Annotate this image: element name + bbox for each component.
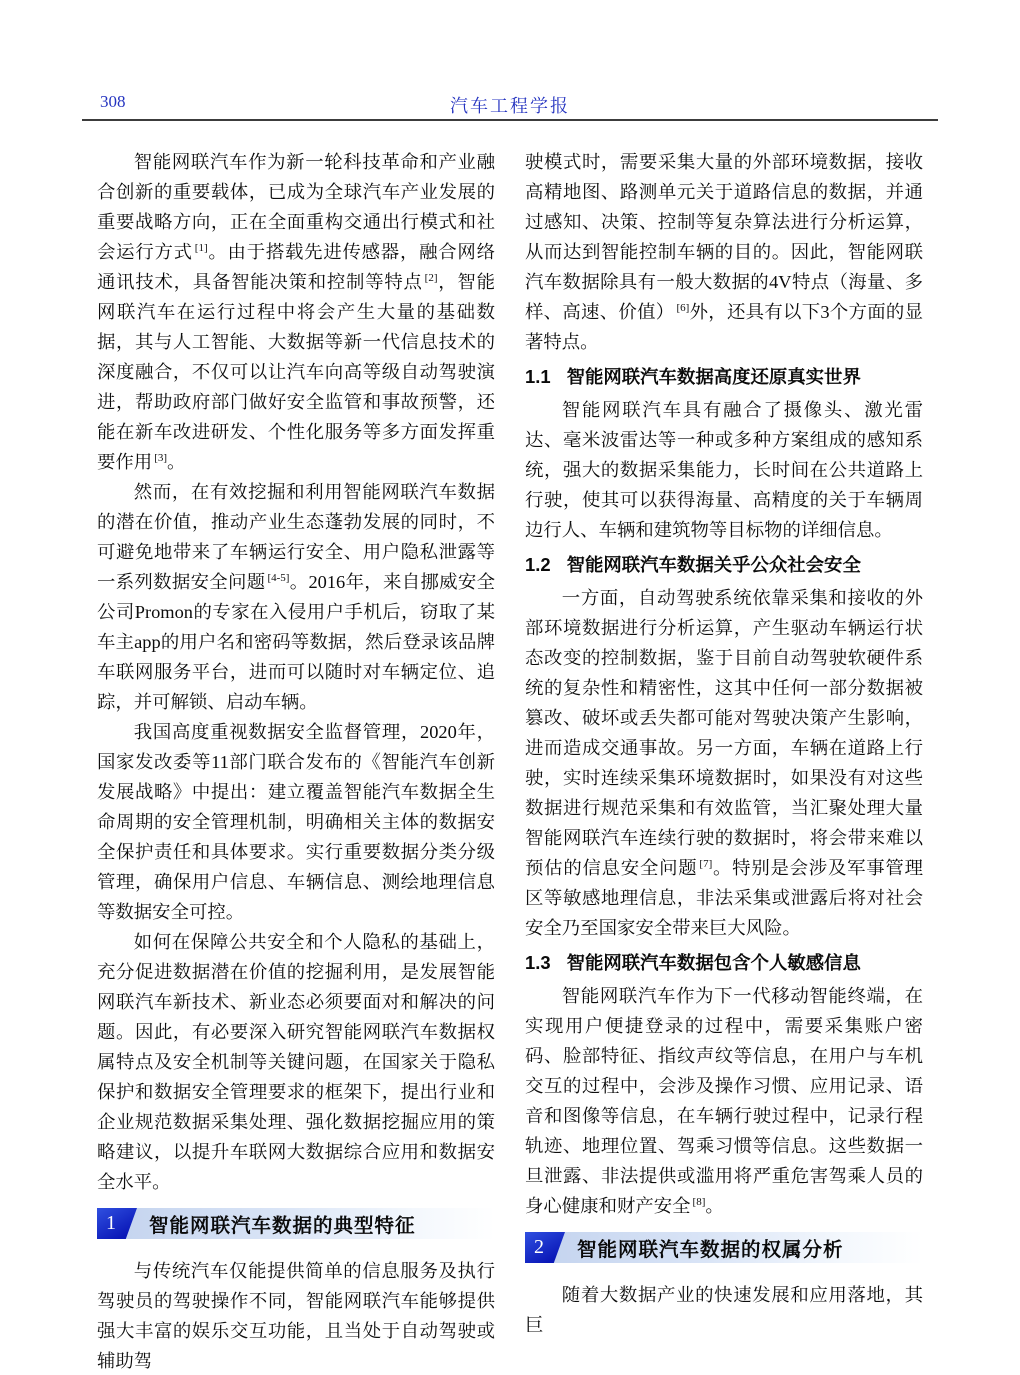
- reference-marker: [7]: [699, 858, 712, 870]
- subsection-heading-1-2: 1.2智能网联汽车数据关乎公众社会安全: [525, 550, 923, 580]
- reference-marker: [3]: [154, 452, 167, 464]
- paragraph-section2-1: 随着大数据产业的快速发展和应用落地，其巨: [525, 1280, 923, 1340]
- reference-marker: [8]: [693, 1196, 706, 1208]
- body-text: 。2016年，来自挪威安全公司Promon的专家在入侵用户手机后，窃取了某车主a…: [97, 572, 495, 712]
- header-rule: [82, 119, 938, 121]
- section-heading-1: 1 智能网联汽车数据的典型特征: [97, 1208, 495, 1239]
- journal-title: 汽车工程学报: [97, 92, 923, 118]
- paragraph-intro-2: 然而，在有效挖掘和利用智能网联汽车数据的潜在价值，推动产业生态蓬勃发展的同时，不…: [97, 477, 495, 717]
- paragraph-1-1: 智能网联汽车具有融合了摄像头、激光雷达、毫米波雷达等一种或多种方案组成的感知系统…: [525, 395, 923, 545]
- body-text: 。: [167, 452, 185, 472]
- paragraph-continuation: 驶模式时，需要采集大量的外部环境数据，接收高精地图、路测单元关于道路信息的数据，…: [525, 147, 923, 357]
- subsection-number: 1.2: [525, 554, 551, 575]
- right-column: 驶模式时，需要采集大量的外部环境数据，接收高精地图、路测单元关于道路信息的数据，…: [525, 147, 923, 1340]
- body-text: ，智能网联汽车在运行过程中将会产生大量的基础数据，其与人工智能、大数据等新一代信…: [97, 272, 495, 472]
- journal-page: 308 汽车工程学报 智能网联汽车作为新一轮科技革命和产业融合创新的重要载体，已…: [0, 0, 1020, 1375]
- paragraph-1-3: 智能网联汽车作为下一代移动智能终端，在实现用户便捷登录的过程中，需要采集账户密码…: [525, 981, 923, 1221]
- subsection-number: 1.1: [525, 366, 551, 387]
- subsection-title: 智能网联汽车数据关乎公众社会安全: [567, 554, 861, 575]
- paragraph-intro-3: 我国高度重视数据安全监督管理，2020年，国家发改委等11部门联合发布的《智能汽…: [97, 717, 495, 927]
- body-text: 智能网联汽车作为下一代移动智能终端，在实现用户便捷登录的过程中，需要采集账户密码…: [525, 986, 923, 1216]
- reference-marker: [1]: [195, 242, 208, 254]
- section-number-badge: 2: [525, 1232, 565, 1263]
- section-title: 智能网联汽车数据的典型特征: [149, 1210, 416, 1238]
- subsection-title: 智能网联汽车数据包含个人敏感信息: [567, 952, 861, 973]
- paragraph-1-2: 一方面，自动驾驶系统依靠采集和接收的外部环境数据进行分析运算，产生驱动车辆运行状…: [525, 583, 923, 943]
- paragraph-intro-1: 智能网联汽车作为新一轮科技革命和产业融合创新的重要载体，已成为全球汽车产业发展的…: [97, 147, 495, 477]
- reference-marker: [4-5]: [267, 572, 289, 584]
- section-title: 智能网联汽车数据的权属分析: [577, 1234, 844, 1262]
- subsection-title: 智能网联汽车数据高度还原真实世界: [567, 366, 861, 387]
- body-text: 我国高度重视数据安全监督管理，2020年，国家发改委等11部门联合发布的《智能汽…: [97, 722, 495, 922]
- body-text: 与传统汽车仅能提供简单的信息服务及执行驾驶员的驾驶操作不同，智能网联汽车能够提供…: [97, 1261, 495, 1371]
- subsection-heading-1-3: 1.3智能网联汽车数据包含个人敏感信息: [525, 948, 923, 978]
- body-text: 随着大数据产业的快速发展和应用落地，其巨: [525, 1285, 923, 1335]
- subsection-number: 1.3: [525, 952, 551, 973]
- body-text: 智能网联汽车具有融合了摄像头、激光雷达、毫米波雷达等一种或多种方案组成的感知系统…: [525, 400, 923, 540]
- body-text: 。: [705, 1196, 723, 1216]
- body-text: 一方面，自动驾驶系统依靠采集和接收的外部环境数据进行分析运算，产生驱动车辆运行状…: [525, 588, 923, 878]
- section-number-badge: 1: [97, 1208, 137, 1239]
- paragraph-intro-4: 如何在保障公共安全和个人隐私的基础上，充分促进数据潜在价值的挖掘利用，是发展智能…: [97, 927, 495, 1197]
- left-column: 智能网联汽车作为新一轮科技革命和产业融合创新的重要载体，已成为全球汽车产业发展的…: [97, 147, 495, 1375]
- subsection-heading-1-1: 1.1智能网联汽车数据高度还原真实世界: [525, 362, 923, 392]
- body-text: 驶模式时，需要采集大量的外部环境数据，接收高精地图、路测单元关于道路信息的数据，…: [525, 152, 923, 322]
- reference-marker: [6]: [676, 302, 689, 314]
- reference-marker: [2]: [425, 272, 438, 284]
- section-heading-2: 2 智能网联汽车数据的权属分析: [525, 1232, 923, 1263]
- paragraph-section1-1: 与传统汽车仅能提供简单的信息服务及执行驾驶员的驾驶操作不同，智能网联汽车能够提供…: [97, 1256, 495, 1375]
- body-text: 如何在保障公共安全和个人隐私的基础上，充分促进数据潜在价值的挖掘利用，是发展智能…: [97, 932, 495, 1192]
- page-header: 308 汽车工程学报: [97, 92, 923, 116]
